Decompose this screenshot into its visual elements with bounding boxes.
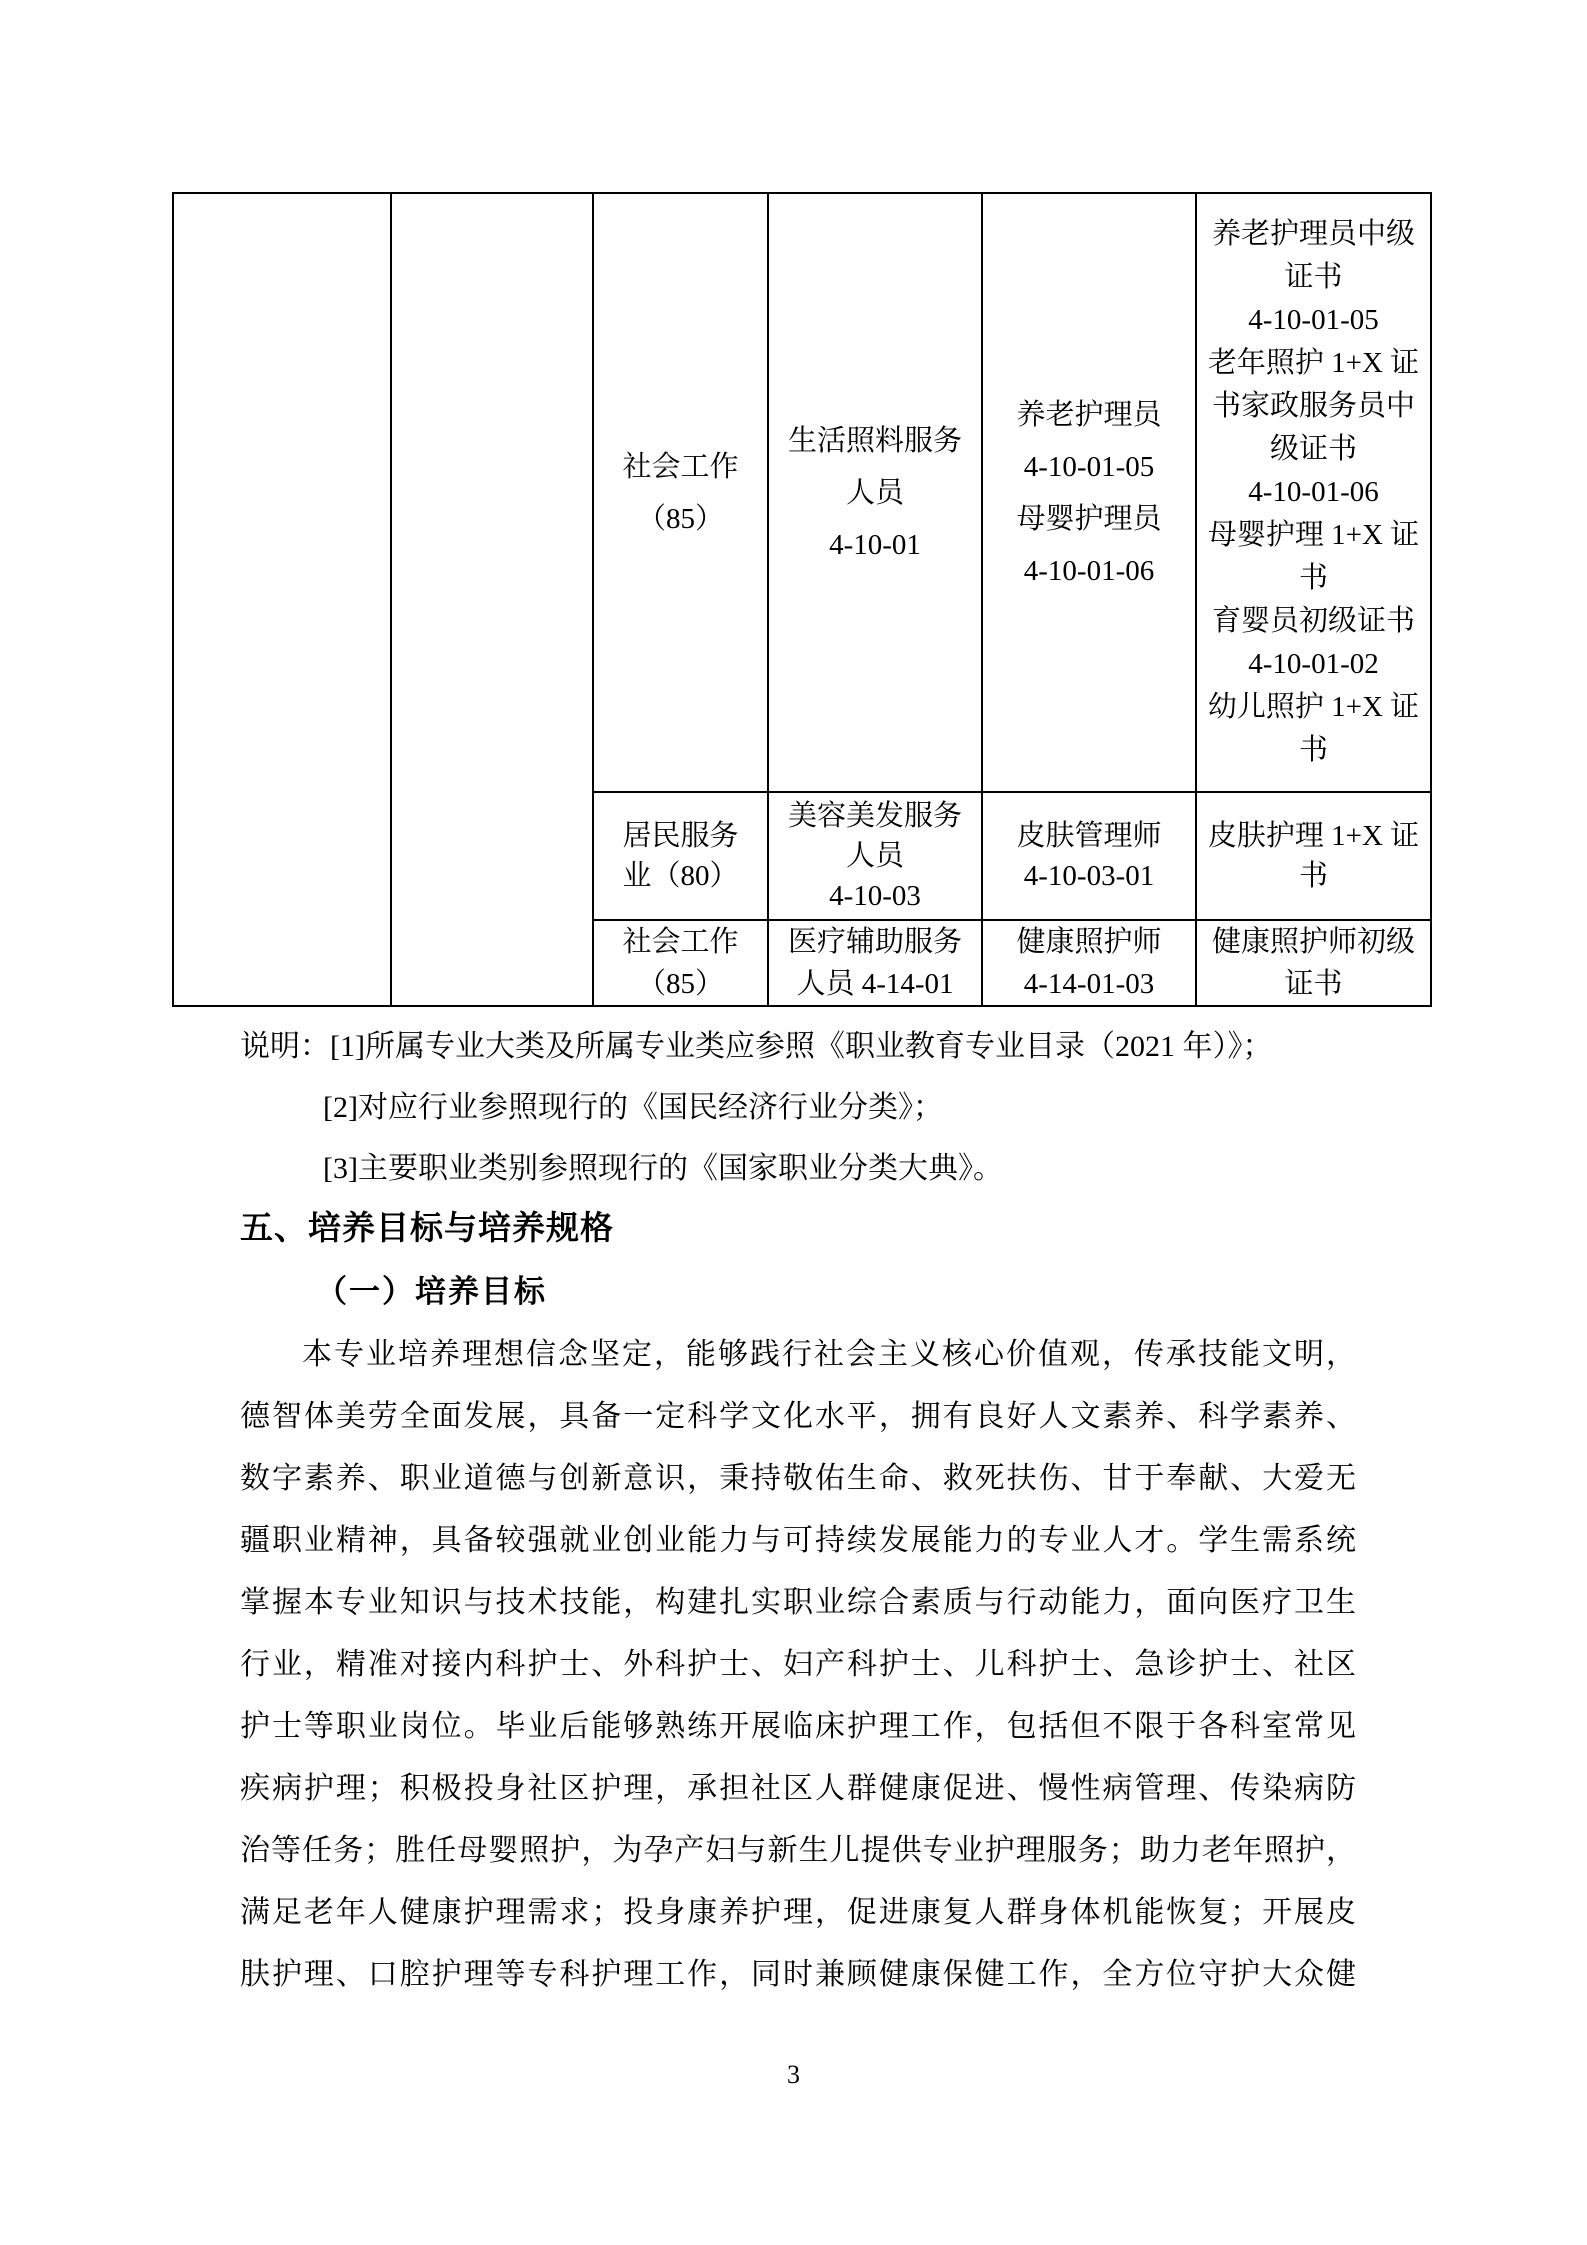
table-note-2: [2]对应行业参照现行的《国民经济行业分类》； [323, 1088, 943, 1128]
paragraph-line: 本专业培养理想信念坚定，能够践行社会主义核心价值观，传承技能文明， [240, 1324, 1356, 1386]
subsection-heading: （一）培养目标 [316, 1272, 547, 1312]
table-row: 社会工作（85） 生活照料服务人员4-10-01 养老护理员4-10-01-05… [173, 193, 1431, 792]
paragraph-line: 疆职业精神，具备较强就业创业能力与可持续发展能力的专业人才。学生需系统 [240, 1510, 1356, 1572]
personnel-cell-row2: 美容美发服务人员4-10-03 [768, 792, 982, 920]
table-note-3: [3]主要职业类别参照现行的《国家职业分类大典》。 [323, 1149, 1003, 1189]
empty-major-class-cell [391, 193, 593, 1006]
paragraph-line: 护士等职业岗位。毕业后能够熟练开展临床护理工作，包括但不限于各科室常见 [240, 1696, 1356, 1758]
table-note-1: 说明：[1]所属专业大类及所属专业类应参照《职业教育专业目录（2021 年）》； [240, 1027, 1272, 1067]
paragraph-line: 数字素养、职业道德与创新意识，秉持敬佑生命、救死扶伤、甘于奉献、大爱无 [240, 1448, 1356, 1510]
paragraph-line: 德智体美劳全面发展，具备一定科学文化水平，拥有良好人文素养、科学素养、 [240, 1386, 1356, 1448]
empty-major-category-cell [173, 193, 391, 1006]
occupation-cell-row3: 健康照护师4-14-01-03 [982, 920, 1196, 1006]
section-heading: 五、培养目标与培养规格 [240, 1208, 614, 1248]
paragraph-line: 满足老年人健康护理需求；投身康养护理，促进康复人群身体机能恢复；开展皮 [240, 1882, 1356, 1944]
occupation-cell-row1: 养老护理员4-10-01-05母婴护理员4-10-01-06 [982, 193, 1196, 792]
document-page: 社会工作（85） 生活照料服务人员4-10-01 养老护理员4-10-01-05… [0, 0, 1587, 2245]
certificate-cell-row2: 皮肤护理 1+X 证书 [1196, 792, 1431, 920]
paragraph-line: 治等任务；胜任母婴照护，为孕产妇与新生儿提供专业护理服务；助力老年照护， [240, 1820, 1356, 1882]
personnel-cell-row1: 生活照料服务人员4-10-01 [768, 193, 982, 792]
page-number: 3 [0, 2058, 1587, 2092]
occupation-cell-row2: 皮肤管理师4-10-03-01 [982, 792, 1196, 920]
industry-cell-row1: 社会工作（85） [593, 193, 768, 792]
paragraph-line: 掌握本专业知识与技术技能，构建扎实职业综合素质与行动能力，面向医疗卫生 [240, 1572, 1356, 1634]
personnel-cell-row3: 医疗辅助服务人员 4-14-01 [768, 920, 982, 1006]
certificate-cell-row3: 健康照护师初级证书 [1196, 920, 1431, 1006]
occupation-certificate-table: 社会工作（85） 生活照料服务人员4-10-01 养老护理员4-10-01-05… [172, 192, 1432, 1007]
paragraph-line: 行业，精准对接内科护士、外科护士、妇产科护士、儿科护士、急诊护士、社区 [240, 1634, 1356, 1696]
paragraph-line: 肤护理、口腔护理等专科护理工作，同时兼顾健康保健工作，全方位守护大众健 [240, 1944, 1356, 2006]
industry-cell-row2: 居民服务业（80） [593, 792, 768, 920]
training-objectives-paragraph: 本专业培养理想信念坚定，能够践行社会主义核心价值观，传承技能文明，德智体美劳全面… [240, 1324, 1356, 2006]
certificate-cell-row1: 养老护理员中级证书4-10-01-05老年照护 1+X 证书家政服务员中级证书4… [1196, 193, 1431, 792]
paragraph-line: 疾病护理；积极投身社区护理，承担社区人群健康促进、慢性病管理、传染病防 [240, 1758, 1356, 1820]
industry-cell-row3: 社会工作（85） [593, 920, 768, 1006]
